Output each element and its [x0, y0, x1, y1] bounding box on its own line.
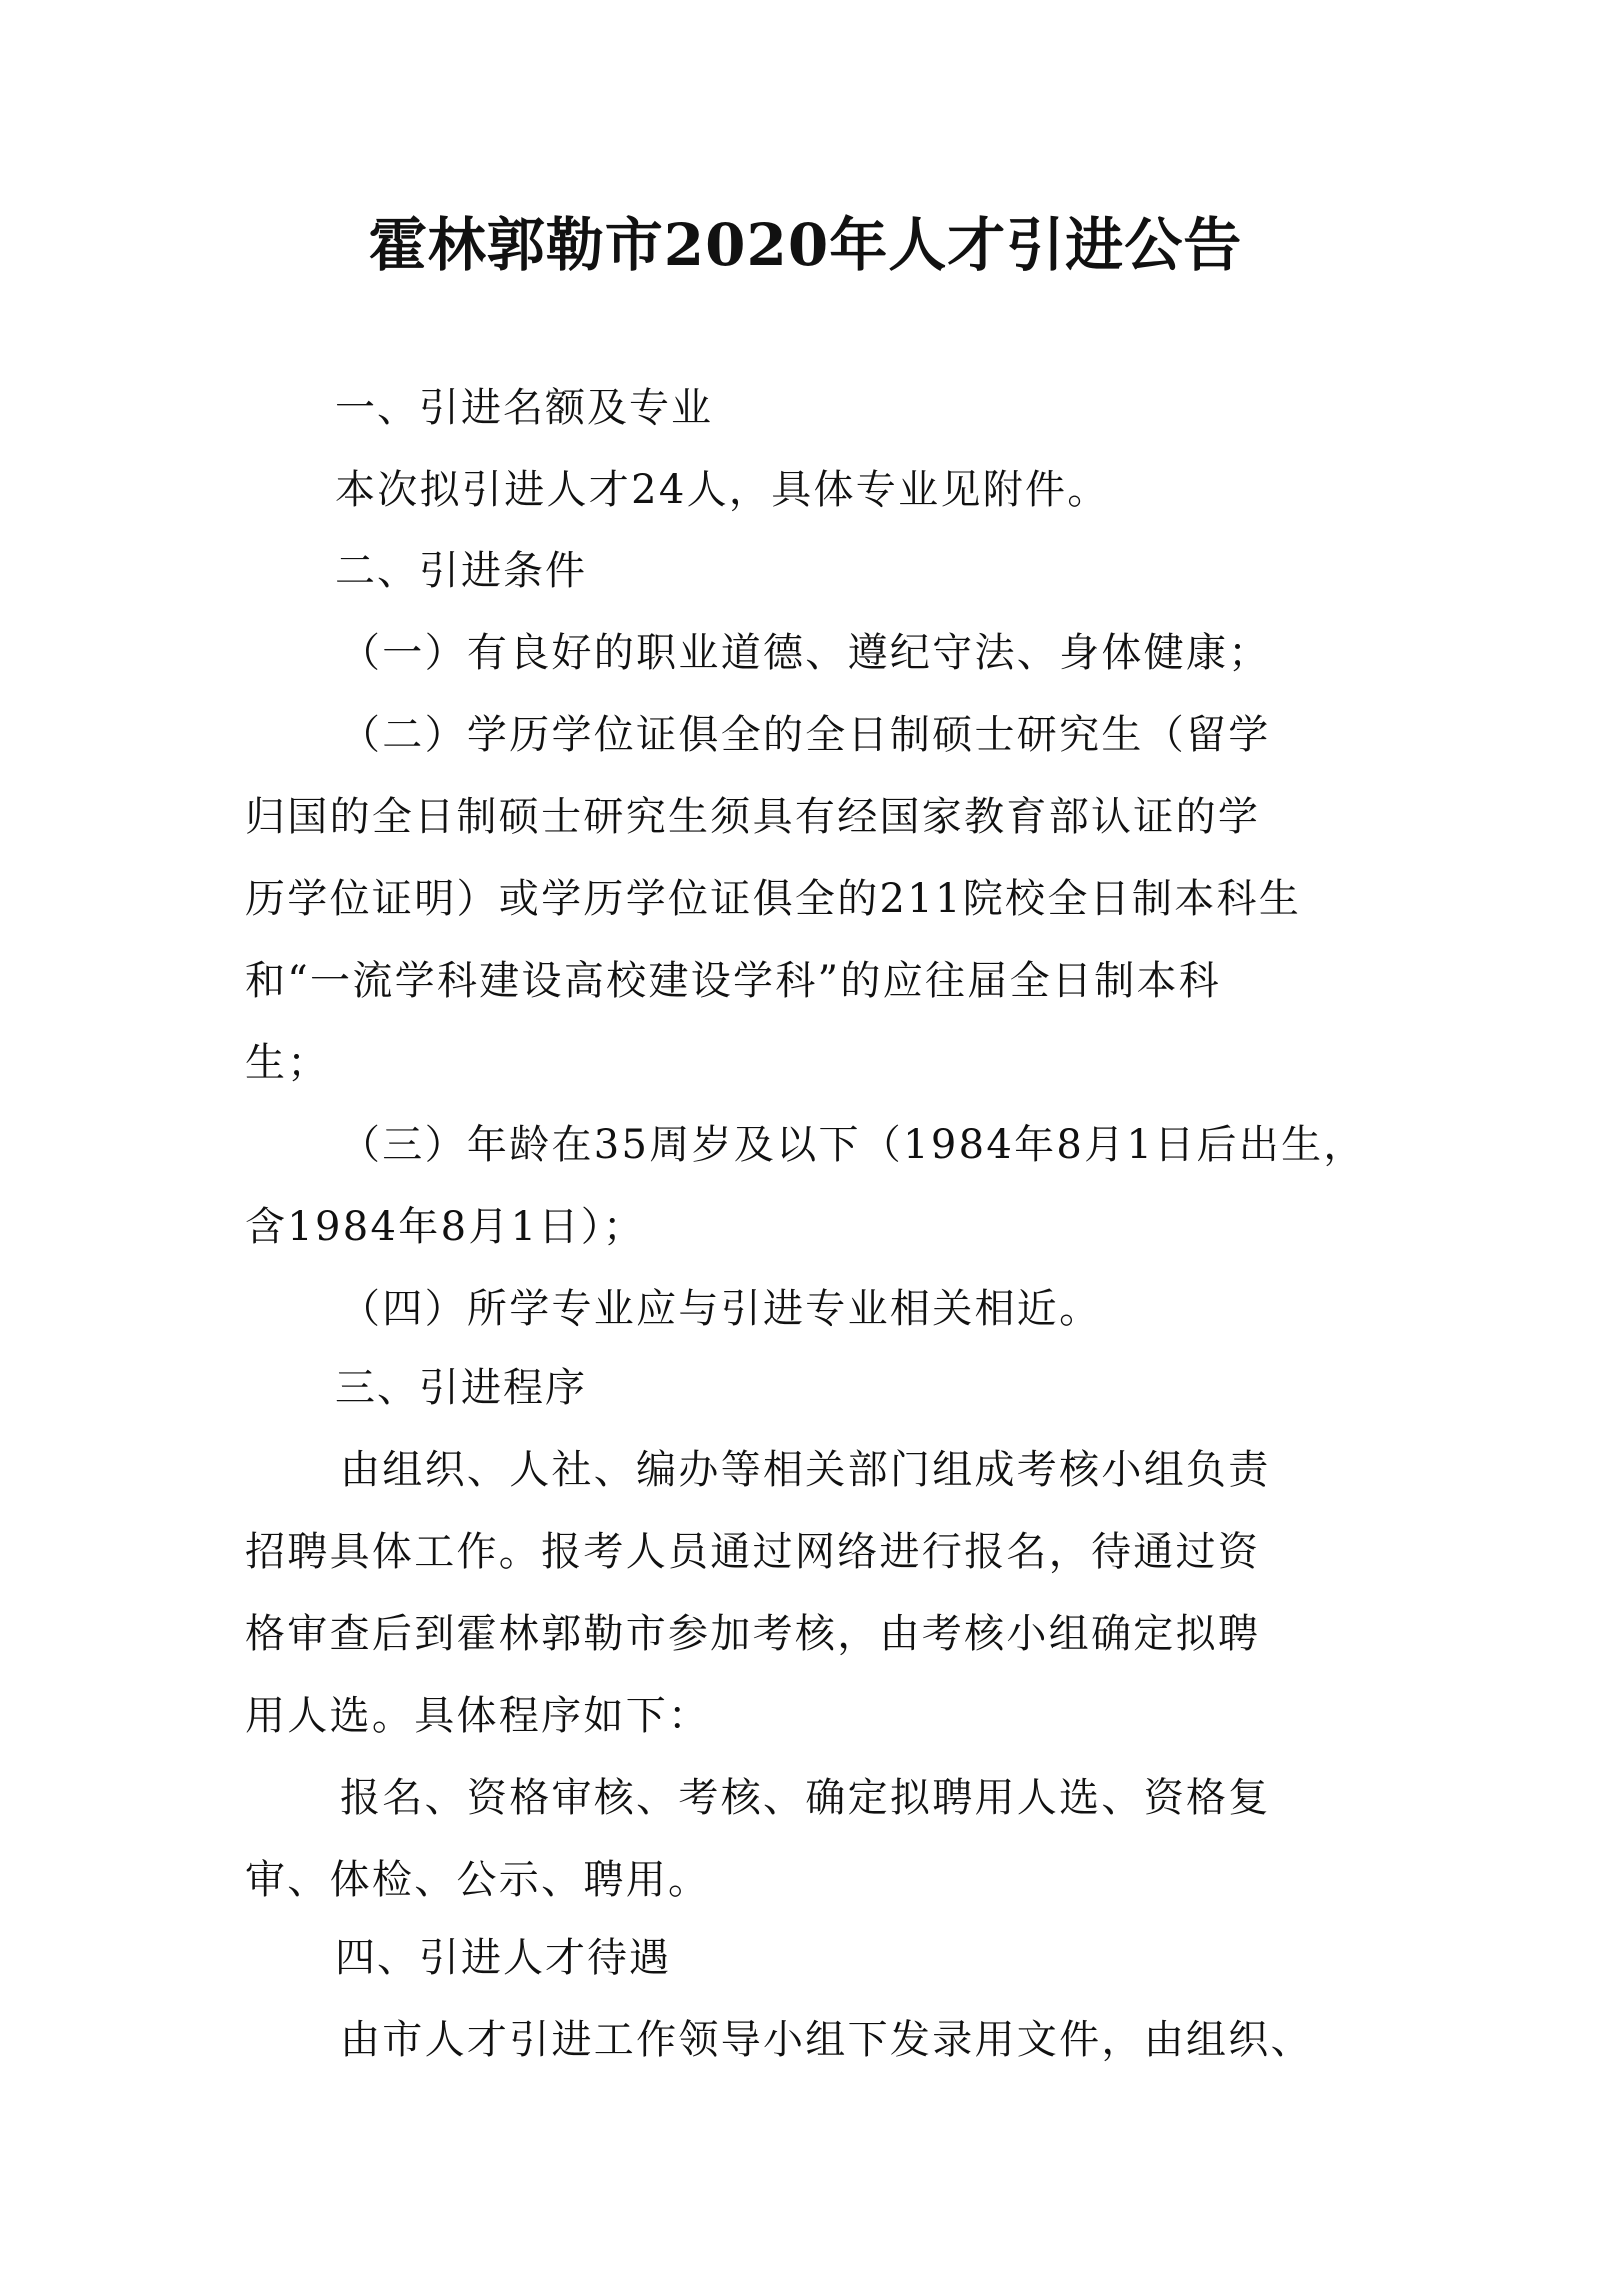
paragraph-line: 和“一流学科建设高校建设学科”的应往届全日制本科 [245, 953, 1221, 1009]
paragraph-line: 招聘具体工作。报考人员通过网络进行报名，待通过资 [245, 1524, 1260, 1580]
paragraph-line: 本次拟引进人才24人，具体专业见附件。 [335, 462, 1110, 518]
paragraph-line: 报名、资格审核、考核、确定拟聘用人选、资格复 [340, 1770, 1271, 1826]
condition-item-1: （一）有良好的职业道德、遵纪守法、身体健康； [340, 625, 1271, 681]
condition-item-2: （二）学历学位证俱全的全日制硕士研究生（留学 [340, 707, 1271, 763]
paragraph-line: 用人选。具体程序如下： [245, 1688, 710, 1744]
section-heading-quota: 一、引进名额及专业 [335, 380, 713, 436]
condition-item-4: （四）所学专业应与引进专业相关相近。 [340, 1281, 1101, 1337]
section-heading-benefits: 四、引进人才待遇 [335, 1930, 671, 1986]
paragraph-line: 由组织、人社、编办等相关部门组成考核小组负责 [340, 1442, 1271, 1498]
paragraph-line: 归国的全日制硕士研究生须具有经国家教育部认证的学 [245, 789, 1260, 845]
paragraph-line: 生； [245, 1035, 330, 1091]
condition-item-3: （三）年龄在35周岁及以下（1984年8月1日后出生， [340, 1117, 1366, 1173]
paragraph-line: 含1984年8月1日）； [245, 1199, 645, 1255]
paragraph-line: 历学位证明）或学历学位证俱全的211院校全日制本科生 [245, 871, 1301, 927]
document-page: 霍林郭勒市2020年人才引进公告 一、引进名额及专业 本次拟引进人才24人，具体… [0, 0, 1611, 2279]
section-heading-conditions: 二、引进条件 [335, 543, 587, 599]
paragraph-line: 由市人才引进工作领导小组下发录用文件，由组织、 [340, 2012, 1313, 2068]
document-title: 霍林郭勒市2020年人才引进公告 [0, 205, 1611, 285]
paragraph-line: 格审查后到霍林郭勒市参加考核，由考核小组确定拟聘 [245, 1606, 1260, 1662]
section-heading-procedure: 三、引进程序 [335, 1360, 587, 1416]
paragraph-line: 审、体检、公示、聘用。 [245, 1852, 710, 1908]
